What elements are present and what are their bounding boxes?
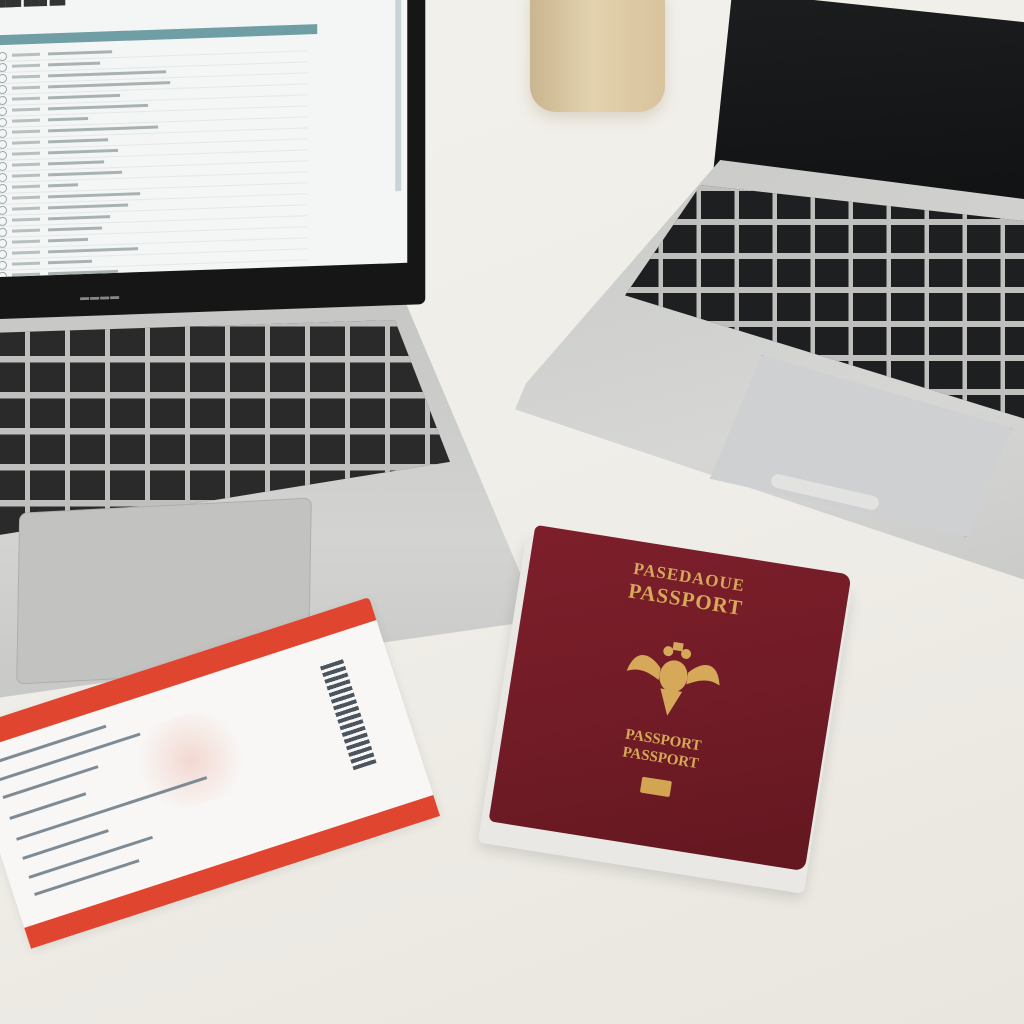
row-icon	[0, 162, 7, 171]
ticket-text-line	[34, 859, 140, 896]
ticket-text-line	[28, 836, 153, 879]
row-icon	[0, 250, 7, 259]
row-icon	[0, 195, 7, 204]
row-icon	[0, 173, 7, 182]
ticket-text-line	[9, 792, 86, 820]
laptop-brand-mark: ▬▬▬▬	[80, 291, 120, 302]
row-icon	[0, 52, 7, 61]
row-icon	[0, 151, 7, 160]
row-icon	[0, 85, 7, 94]
barcode-icon	[320, 658, 377, 770]
row-icon	[0, 217, 7, 226]
ticket-watermark	[120, 699, 262, 822]
row-icon	[0, 74, 7, 83]
row-icon	[0, 118, 7, 127]
biometric-chip-icon	[640, 777, 672, 797]
left-laptop-screen: ▆▆▆ ▆▆▆ ▆▆	[0, 0, 407, 277]
left-laptop-screen-bezel: ▆▆▆ ▆▆▆ ▆▆ ▬▬▬▬	[0, 0, 425, 320]
app-title-blur: ▆▆▆ ▆▆▆ ▆▆	[0, 0, 65, 8]
passport: PASEDAOUE PASSPORT PASSPORT PASSPORT	[489, 525, 852, 871]
row-icon	[0, 107, 7, 116]
row-icon	[0, 272, 7, 277]
paper-cup	[530, 0, 665, 112]
row-icon	[0, 228, 7, 237]
row-icon	[0, 184, 7, 193]
app-scrollbar[interactable]	[395, 0, 401, 191]
row-icon	[0, 261, 7, 270]
row-icon	[0, 63, 7, 72]
row-icon	[0, 140, 7, 149]
row-icon	[0, 129, 7, 138]
double-headed-eagle-icon	[613, 630, 734, 726]
row-icon	[0, 239, 7, 248]
row-icon	[0, 206, 7, 215]
row-icon	[0, 96, 7, 105]
